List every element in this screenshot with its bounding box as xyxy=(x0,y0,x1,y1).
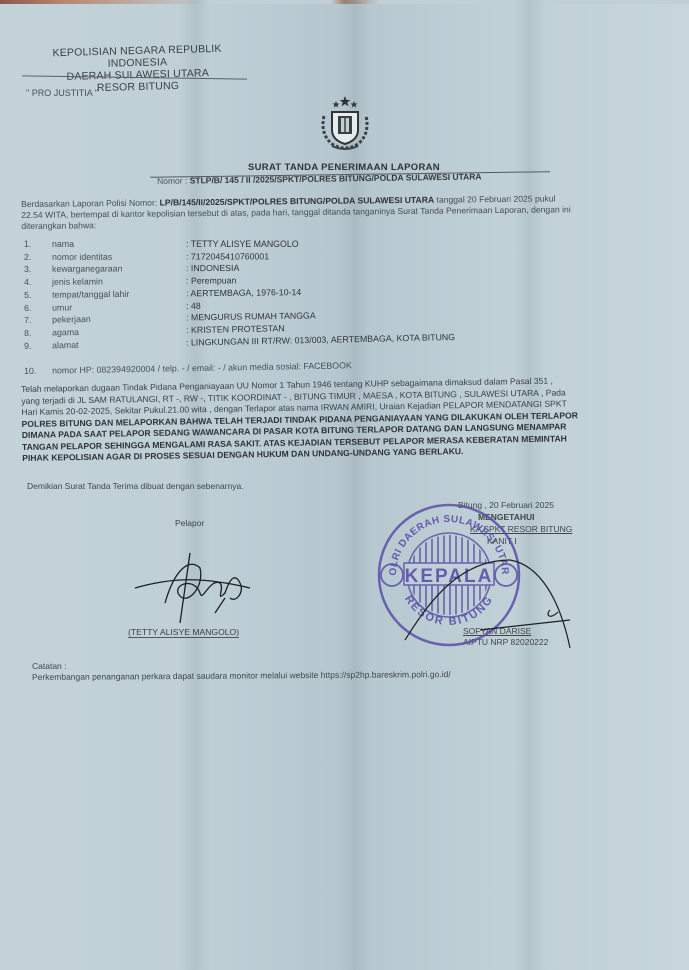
field-label: alamat xyxy=(52,337,186,350)
field-value: : 48 xyxy=(186,300,201,310)
reporter-label: Pelapor xyxy=(175,518,204,528)
field-label: nama xyxy=(52,239,186,249)
field-value: : AERTEMBAGA, 1976-10-14 xyxy=(186,287,301,298)
field-value: : MENGURUS RUMAH TANGGA xyxy=(186,311,316,323)
identity-field: 5.tempat/tanggal lahir: AERTEMBAGA, 1976… xyxy=(24,287,301,300)
field-number: 10. xyxy=(24,366,52,376)
officer-signature xyxy=(400,540,580,650)
field-number: 8. xyxy=(24,327,52,338)
intro-paragraph: Berdasarkan Laporan Polisi Nomor: LP/B/1… xyxy=(21,192,686,232)
field-value: : Perempuan xyxy=(186,275,236,285)
reporter-signature xyxy=(130,548,280,628)
document-title: SURAT TANDA PENERIMAAN LAPORAN xyxy=(248,162,440,173)
field-label: umur xyxy=(52,300,186,312)
intro-text: Berdasarkan Laporan Polisi Nomor: xyxy=(21,198,160,209)
field-label: kewarganegaraan xyxy=(52,264,186,275)
reporter-name: (TETTY ALISYE MANGOLO) xyxy=(128,627,239,638)
field-value: : KRISTEN PROTESTAN xyxy=(186,323,285,335)
pro-justitia: " PRO JUSTITIA " xyxy=(26,88,98,98)
field-number: 5. xyxy=(24,290,52,300)
field-number: 6. xyxy=(24,302,52,312)
field-label: jenis kelamin xyxy=(52,276,186,287)
field-number: 4. xyxy=(24,277,52,287)
field-label: pekerjaan xyxy=(52,313,186,325)
identity-field: 4.jenis kelamin: Perempuan xyxy=(24,275,236,287)
field-number: 2. xyxy=(24,252,52,262)
document-number-label: Nomor : xyxy=(157,176,187,186)
identity-field: 2.nomor identitas: 7172045410760001 xyxy=(24,251,269,262)
field-label: nomor identitas xyxy=(52,251,186,261)
closing-statement: Demikian Surat Tanda Terima dibuat denga… xyxy=(27,481,244,491)
field-number: 9. xyxy=(24,340,52,351)
identity-field: 6.umur: 48 xyxy=(24,300,201,312)
field-value: : INDONESIA xyxy=(186,263,239,273)
field-number: 3. xyxy=(24,264,52,274)
field-value: : 7172045410760001 xyxy=(186,251,269,261)
identity-field: 1.nama: TETTY ALISYE MANGOLO xyxy=(24,239,299,249)
document-number-value: STLP/B/ 145 / II /2025/SPKT/POLRES BITUN… xyxy=(190,171,482,185)
field-number: 1. xyxy=(24,239,52,249)
notes-text: Perkembangan penanganan perkara dapat sa… xyxy=(32,669,451,682)
field-label: agama xyxy=(52,325,186,337)
field-value: : TETTY ALISYE MANGOLO xyxy=(186,239,299,249)
identity-field: 3.kewarganegaraan: INDONESIA xyxy=(24,263,239,274)
field-number: 7. xyxy=(24,315,52,325)
report-paragraph: Telah melaporkan dugaan Tindak Pidana Pe… xyxy=(21,374,687,465)
field-label: tempat/tanggal lahir xyxy=(52,288,186,299)
intro-text: tanggal 20 Februari 2025 pukul xyxy=(434,193,555,204)
paper-fold xyxy=(515,0,545,970)
notes-label: Catatan : xyxy=(32,661,67,671)
police-crest-icon xyxy=(312,94,378,154)
